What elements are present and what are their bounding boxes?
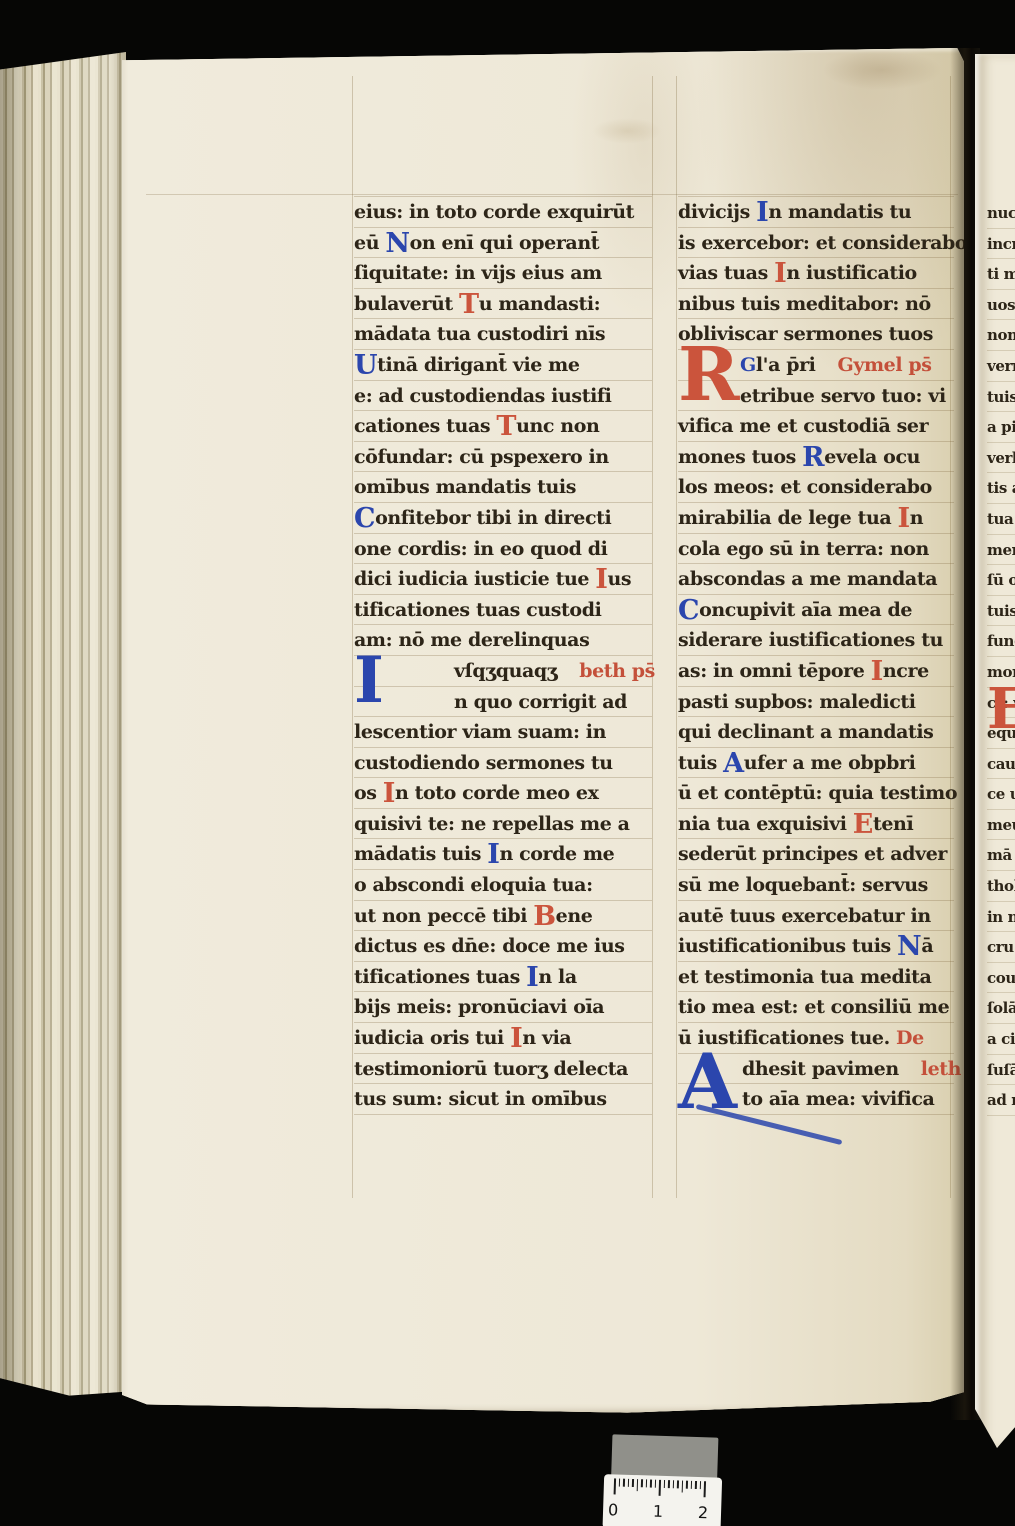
text-line: a pin [987, 412, 1015, 443]
text-run: thol [987, 877, 1015, 895]
text-run: n quo corrigit ad [454, 691, 627, 713]
text-line: ad m [987, 1085, 1015, 1116]
ruler-tick [663, 1480, 665, 1488]
text-line: cola ego sū in terra: non [678, 534, 954, 565]
text-run: tenī [873, 813, 913, 835]
text-run: abscondas a me mandata [678, 568, 937, 590]
text-line: autē tuus exercebatur in [678, 901, 954, 932]
text-line: tificationes tuas In la [354, 962, 652, 993]
text-run: verra [987, 357, 1015, 375]
text-run: ut non peccē tibi [354, 905, 533, 927]
ruler-tick [677, 1480, 679, 1488]
ruler-tick [614, 1478, 616, 1494]
text-line: e: ad custodiendas iustifi [354, 381, 652, 412]
text-run: lescentior viam suam: in [354, 721, 606, 743]
text-run: cationes tuas [354, 415, 496, 437]
text-run: uos n [987, 296, 1015, 314]
text-run: vifica me et custodiā ser [678, 415, 928, 437]
text-run: fund [987, 632, 1015, 650]
text-line: ce u [987, 779, 1015, 810]
text-line: verra [987, 351, 1015, 382]
text-run: tus sum: sicut in omībus [354, 1088, 607, 1110]
text-run: dici iudicia iusticie tue [354, 568, 595, 590]
text-run: ufer a me obpbri [744, 752, 916, 774]
text-run: nuc ſ [987, 204, 1015, 222]
ruling-line-vertical [676, 76, 677, 1198]
text-run: n corde me [499, 843, 614, 865]
text-run: cou [987, 969, 1015, 987]
text-run: onfitebor tibi in directi [375, 507, 611, 529]
text-run: ene [556, 905, 593, 927]
inline-initial: N [385, 228, 409, 259]
text-run: ſuſā [987, 1061, 1015, 1079]
inline-initial: I [383, 778, 395, 809]
text-line: incre [987, 229, 1015, 260]
text-run: us [608, 568, 632, 590]
text-line: siderare iustificationes tu [678, 625, 954, 656]
text-run: incre [987, 235, 1015, 253]
ruler-scale: 0 1 2 [603, 1474, 723, 1526]
ruling-line-vertical [652, 76, 653, 1198]
text-run: e: ad custodiendas iustifi [354, 385, 611, 407]
text-column-right: divicijs In mandatis tuis exercebor: et … [678, 196, 954, 1115]
text-run: sū me loquebant̄: servus [678, 874, 928, 896]
text-line: tus sum: sicut in omībus [354, 1084, 652, 1115]
text-line: cationes tuas Tunc non [354, 411, 652, 442]
inline-initial: I [898, 503, 910, 534]
text-run: o abscondi eloquia tua: [354, 874, 593, 896]
text-run: dhesit pavimen [742, 1058, 899, 1080]
text-line: Utinā dirigant̄ vie me [354, 350, 652, 381]
text-line: ſuſā [987, 1055, 1015, 1086]
text-line: nibus tuis meditabor: nō [678, 289, 954, 320]
text-line: tua i [987, 504, 1015, 535]
text-line: qui declinant a mandatis [678, 717, 954, 748]
text-run: is exercebor: et considerabo [678, 232, 967, 254]
text-line: iudicia oris tui In via [354, 1023, 652, 1054]
text-run: tis ai [987, 479, 1015, 497]
inline-initial: T [459, 289, 479, 320]
text-run: tinā dirigant̄ vie me [377, 354, 579, 376]
text-line: omībus mandatis tuis [354, 472, 652, 503]
text-line: one cordis: in eo quod di [354, 534, 652, 565]
text-run: etribue servo tuo: vi [740, 385, 946, 407]
text-line: lescentior viam suam: in [354, 717, 652, 748]
text-run: in n [987, 908, 1015, 926]
ruler-tick [641, 1479, 643, 1487]
text-run: bulaverūt [354, 293, 459, 315]
text-line: tuis Aufer a me obpbri [678, 748, 954, 779]
ruler-number-0: 0 [606, 1500, 621, 1519]
text-line: vias tuas In iustificatio [678, 258, 954, 289]
text-line: mā i [987, 840, 1015, 871]
text-line: uos n [987, 290, 1015, 321]
inline-initial: A [723, 748, 744, 779]
text-line: fund [987, 626, 1015, 657]
text-line: tuisſ [987, 382, 1015, 413]
text-run: ā [921, 935, 933, 957]
text-line: los meos: et considerabo [678, 472, 954, 503]
text-column-left: eius: in toto corde exquirūteū Non enī q… [354, 196, 652, 1115]
manuscript-page: eius: in toto corde exquirūteū Non enī q… [122, 48, 964, 1414]
text-run: as: in omni tēpore [678, 660, 871, 682]
inline-initial: I [510, 1023, 522, 1054]
text-run: tificationes tuas [354, 966, 526, 988]
inline-initial: I [595, 564, 607, 595]
text-line: thol [987, 871, 1015, 902]
text-run: n [910, 507, 923, 529]
facing-page-text-fragments: nuc ſincreti meuos nnomverratuisſa pinve… [987, 198, 1015, 1116]
text-run: iustificationibus tuis [678, 935, 897, 957]
text-run: cau [987, 755, 1015, 773]
illuminated-initial: R [678, 342, 740, 409]
text-run: n iustificatio [786, 262, 917, 284]
ruler-tick [690, 1481, 692, 1489]
inline-initial: T [496, 411, 516, 442]
text-run: quisivi te: ne repellas me a [354, 813, 630, 835]
text-line: sederūt principes et adver [678, 839, 954, 870]
inline-initial: I [871, 656, 883, 687]
text-line: abscondas a me mandata [678, 564, 954, 595]
text-line: o abscondi eloquia tua: [354, 870, 652, 901]
text-run: tificationes tuas custodi [354, 599, 601, 621]
inline-initial: E [853, 809, 873, 840]
text-run: n toto corde meo ex [395, 782, 598, 804]
stain [822, 50, 942, 90]
text-run: mā i [987, 846, 1015, 864]
ruler-tick [627, 1479, 629, 1487]
text-run: mirabilia de lege tua [678, 507, 898, 529]
text-line: in n [987, 902, 1015, 933]
text-line: sū me loquebant̄: servus [678, 870, 954, 901]
text-run: ſiquitate: in vijs eius am [354, 262, 602, 284]
text-run: ti me [987, 265, 1015, 283]
text-line: os In toto corde meo ex [354, 778, 652, 809]
text-run: mones tuos [678, 446, 802, 468]
text-line: mirabilia de lege tua In [678, 503, 954, 534]
text-line: am: nō me derelinquas [354, 625, 652, 656]
text-line: Confitebor tibi in directi [354, 503, 652, 534]
ruler-tick [632, 1479, 634, 1487]
text-line: meu [987, 810, 1015, 841]
illuminated-initial: E [987, 684, 1015, 734]
text-run: vſqʒquaqʒ [454, 660, 557, 682]
ruler-tick [686, 1481, 688, 1489]
text-run: n mandatis tu [768, 201, 911, 223]
text-line: as: in omni tēpore Incre [678, 656, 954, 687]
inline-initial: C [354, 503, 375, 534]
inline-initial: R [802, 442, 824, 473]
inline-initial: B [533, 901, 555, 932]
text-line: a ci [987, 1024, 1015, 1055]
inline-initial: C [678, 595, 699, 626]
ruler-tick [704, 1481, 706, 1497]
text-run: n la [538, 966, 576, 988]
text-line: quisivi te: ne repellas me a [354, 809, 652, 840]
text-run: pasti supbos: maledicti [678, 691, 916, 713]
ruler-tick [695, 1481, 697, 1489]
text-run: tuis [987, 602, 1015, 620]
text-line: nia tua exquisivi Etenī [678, 809, 954, 840]
inline-initial: I [526, 962, 538, 993]
text-line: mones tuos Revela ocu [678, 442, 954, 473]
text-run: nia tua exquisivi [678, 813, 853, 835]
text-line: testimoniorū tuorʒ delecta [354, 1054, 652, 1085]
text-run: qui declinant a mandatis [678, 721, 933, 743]
ruler-tick [654, 1480, 656, 1488]
text-line: cou [987, 963, 1015, 994]
text-run: cola ego sū in terra: non [678, 538, 929, 560]
text-line: iustificationibus tuis Nā [678, 931, 954, 962]
text-run: bijs meis: pronūciavi oīa [354, 996, 604, 1018]
text-line: tuis [987, 596, 1015, 627]
text-line: mādata tua custodiri nīs [354, 319, 652, 350]
text-run: eius: in toto corde exquirūt [354, 201, 634, 223]
text-run: ſū ob [987, 571, 1015, 589]
text-line: bijs meis: pronūciavi oīa [354, 992, 652, 1023]
text-run: ū et contēptū: quia testimo [678, 782, 957, 804]
page-edge-stack [0, 52, 126, 1397]
ruler-tick [699, 1481, 701, 1489]
text-line: divicijs In mandatis tu [678, 197, 954, 228]
text-line: ti me [987, 259, 1015, 290]
blue-letter: G [740, 354, 756, 376]
ruler: 0 1 2 [603, 1434, 728, 1526]
text-run: los meos: et considerabo [678, 476, 932, 498]
inline-initial: I [487, 839, 499, 870]
text-line: ſū ob [987, 565, 1015, 596]
text-run: et testimonia tua medita [678, 966, 931, 988]
text-run: tua i [987, 510, 1015, 528]
ruler-tick [645, 1479, 647, 1487]
illuminated-initial: I [354, 652, 384, 710]
text-run: ce u [987, 785, 1015, 803]
ruler-number-2: 2 [696, 1503, 711, 1522]
text-line: tio mea est: et consiliū me [678, 992, 954, 1023]
text-line: tis ai [987, 473, 1015, 504]
text-line: n quo corrigit ad [354, 687, 652, 718]
text-run: sederūt principes et adver [678, 843, 947, 865]
text-run: meu [987, 816, 1015, 834]
text-line: eū Non enī qui operant̄ [354, 228, 652, 259]
rubric-text: beth ps̄ [579, 660, 655, 682]
text-run: ncre [883, 660, 929, 682]
text-run: custodiendo sermones tu [354, 752, 613, 774]
inline-initial: N [897, 931, 921, 962]
text-run: evela ocu [824, 446, 920, 468]
text-run: ad m [987, 1091, 1015, 1109]
ruler-gray-band [611, 1434, 718, 1479]
text-run: nibus tuis meditabor: nō [678, 293, 931, 315]
ruler-tick [681, 1481, 683, 1493]
inline-initial: I [774, 258, 786, 289]
text-line: cōfundar: cū pspexero in [354, 442, 652, 473]
text-run: tuis [987, 388, 1015, 406]
text-run: a pin [987, 418, 1015, 436]
facing-page-sliver: nuc ſincreti meuos nnomverratuisſa pinve… [975, 54, 1015, 1448]
manuscript-photo: eius: in toto corde exquirūteū Non enī q… [0, 0, 1015, 1526]
text-run: os [354, 782, 383, 804]
text-run: to aīa mea: vivifica [742, 1088, 934, 1110]
text-line: mādatis tuis In corde me [354, 839, 652, 870]
text-run: mādata tua custodiri nīs [354, 323, 605, 345]
text-line: dictus es dn̄e: doce me ius [354, 931, 652, 962]
text-run: u mandasti: [479, 293, 601, 315]
inline-initial: U [354, 350, 377, 381]
text-line: ſolā [987, 993, 1015, 1024]
text-line: cau [987, 749, 1015, 780]
ruler-tick [636, 1479, 638, 1491]
text-line: bulaverūt Tu mandasti: [354, 289, 652, 320]
ruler-number-1: 1 [651, 1502, 666, 1521]
text-run: unc non [516, 415, 599, 437]
text-line: vſqʒquaqʒbeth ps̄ [354, 656, 652, 687]
text-run: divicijs [678, 201, 756, 223]
ruler-ticks [614, 1478, 714, 1498]
text-run: tuis [678, 752, 723, 774]
text-line: nuc ſ [987, 198, 1015, 229]
text-line: custodiendo sermones tu [354, 748, 652, 779]
text-run: nom [987, 326, 1015, 344]
text-run: verbi [987, 449, 1015, 467]
ruler-tick [659, 1480, 661, 1496]
text-run: siderare iustificationes tu [678, 629, 943, 651]
inline-initial: I [756, 197, 768, 228]
text-run: iudicia oris tui [354, 1027, 510, 1049]
ruler-tick [668, 1480, 670, 1488]
text-line: is exercebor: et considerabo [678, 228, 954, 259]
rubric-text: Gymel ps̄ [838, 354, 932, 376]
text-run: autē tuus exercebatur in [678, 905, 931, 927]
text-line: verbi [987, 443, 1015, 474]
text-line: ū et contēptū: quia testimo [678, 778, 954, 809]
text-line: eius: in toto corde exquirūt [354, 197, 652, 228]
text-run: omībus mandatis tuis [354, 476, 576, 498]
text-run: one cordis: in eo quod di [354, 538, 607, 560]
text-line: et testimonia tua medita [678, 962, 954, 993]
ruling-line-vertical [352, 76, 353, 1198]
text-line: dici iudicia iusticie tue Ius [354, 564, 652, 595]
text-run: dictus es dn̄e: doce me ius [354, 935, 625, 957]
text-run: n via [522, 1027, 571, 1049]
text-run: mer [987, 541, 1015, 559]
text-line: tificationes tuas custodi [354, 595, 652, 626]
text-run: am: nō me derelinquas [354, 629, 589, 651]
text-line: ut non peccē tibi Bene [354, 901, 652, 932]
text-run: l'a p̄ri [756, 354, 816, 376]
text-run: tio mea est: et consiliū me [678, 996, 949, 1018]
ruler-tick [672, 1480, 674, 1488]
ruler-tick [650, 1480, 652, 1488]
text-line: mer [987, 535, 1015, 566]
text-line: cru [987, 932, 1015, 963]
text-run: testimoniorū tuorʒ delecta [354, 1058, 628, 1080]
ruler-tick [618, 1479, 620, 1487]
text-run: mādatis tuis [354, 843, 487, 865]
text-line: nom [987, 320, 1015, 351]
text-run: ſolā [987, 999, 1015, 1017]
text-run: on enī qui operant̄ [410, 232, 600, 254]
text-run: oncupivit aīa mea de [699, 599, 912, 621]
text-line: ſiquitate: in vijs eius am [354, 258, 652, 289]
text-line: pasti supbos: maledicti [678, 687, 954, 718]
text-run: cōfundar: cū pspexero in [354, 446, 609, 468]
ruling-line-horizontal [146, 194, 958, 195]
rubric-text: De [896, 1027, 924, 1049]
text-run: cru [987, 938, 1014, 956]
text-run: eū [354, 232, 385, 254]
text-run: a ci [987, 1030, 1015, 1048]
text-run: vias tuas [678, 262, 774, 284]
ruler-tick [623, 1479, 625, 1487]
text-line: Concupivit aīa mea de [678, 595, 954, 626]
